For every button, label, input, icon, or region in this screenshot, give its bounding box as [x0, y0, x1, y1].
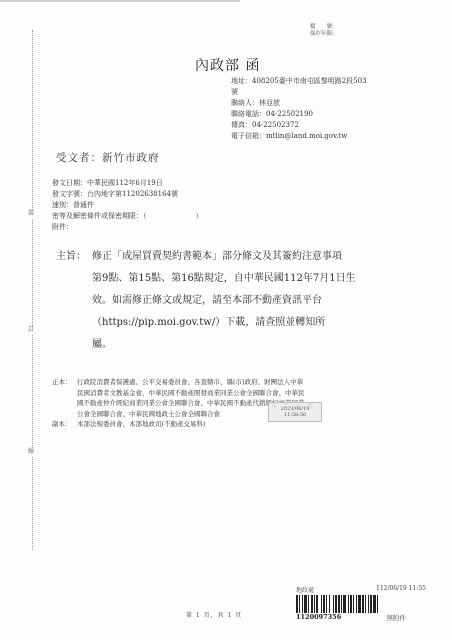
sender-contact-block: 地址：408205臺中市南屯區黎明路2段503 號 聯絡人：林亞歆 聯絡電話：0… — [231, 76, 431, 142]
address: 地址：408205臺中市南屯區黎明路2段503 — [231, 76, 431, 87]
document-number: 發文字號：台內地字第11202638164號 — [52, 189, 203, 200]
barcode-label: 地政處 112/06/19 11:55 1120097356 無附件 — [296, 585, 426, 622]
fax: 傳真：04-22502372 — [231, 120, 431, 131]
barcode-timestamp: 112/06/19 11:55 — [376, 585, 426, 594]
attachment: 附件： — [52, 222, 203, 233]
subject-line: （https://pip.moi.gov.tw/）下載，請查照並轉知所 — [92, 312, 386, 334]
original-copy-label: 正本： — [52, 377, 72, 388]
contact-phone: 聯絡電話：04-22502190 — [231, 109, 431, 120]
subject-label: 主旨： — [56, 246, 86, 268]
original-copy-line: 行政院消費者保護處、公平交易委員會、各直轄市、縣(市)政府、財團法人中華 — [77, 377, 432, 388]
document-meta: 發文日期：中華民國112年6月19日 發文字號：台內地字第11202638164… — [52, 178, 203, 233]
binding-dotted-line — [32, 30, 33, 550]
subject-line: 修正「成屋買賣契約書範本」部分條文及其簽約注意事項 — [92, 246, 386, 268]
delivery-speed: 速別：普通件 — [52, 200, 203, 211]
binding-mark-ding: 訂 — [28, 326, 34, 334]
binding-mark-xian: 線 — [28, 448, 34, 456]
file-number-label: 檔 號: — [310, 24, 334, 31]
address-continued: 號 — [231, 87, 431, 98]
barcode-office: 地政處 — [296, 585, 314, 594]
distribution-section: 正本： 行政院消費者保護處、公平交易委員會、各直轄市、縣(市)政府、財團法人中華… — [52, 377, 432, 430]
subject-body: 修正「成屋買賣契約書範本」部分條文及其簽約注意事項 第9點、第15點、第16點規… — [92, 246, 386, 356]
stamp-time: 11:58:56 — [269, 412, 321, 418]
carbon-copy: 副本： 本部法規委員會、本部地政司(不動產交易科) — [52, 419, 432, 430]
subject-line: 屬。 — [92, 334, 386, 356]
subject-line: 效。如需修正條文或規定，請至本部不動產資訊平台 — [92, 290, 386, 312]
recipient: 受文者：新竹市政府 — [56, 150, 160, 165]
document-title: 內政部 函 — [195, 55, 260, 75]
scan-edge — [0, 0, 240, 2]
contact-person: 聯絡人：林亞歆 — [231, 98, 431, 109]
page-number: 第 1 頁，共 1 頁 — [186, 610, 242, 619]
subject-section: 主旨： 修正「成屋買賣契約書範本」部分條文及其簽約注意事項 第9點、第15點、第… — [56, 246, 386, 356]
email: 電子信箱：mtlin@land.moi.gov.tw — [231, 131, 431, 142]
retention-period-label: 保存年限: — [310, 31, 334, 38]
barcode-bars — [296, 595, 426, 613]
original-copy-line: 國不動產仲介經紀商業同業公會全國聯合會、中華民國不動產代銷經紀商業同業 — [77, 398, 432, 409]
original-copy-line: 公會全國聯合會、中華民國地政士公會全國聯合會 — [77, 409, 432, 420]
issue-date: 發文日期：中華民國112年6月19日 — [52, 178, 203, 189]
original-copy-line: 民國消費者文教基金會、中華民國不動產開發商業同業公會全國聯合會、中華民 — [77, 388, 432, 399]
carbon-copy-label: 副本： — [52, 419, 72, 430]
binding-mark-zhuang: 裝 — [28, 210, 34, 218]
barcode-note: 無附件 — [387, 613, 407, 622]
filing-info: 檔 號: 保存年限: — [310, 24, 334, 38]
classification: 密等及解密條件或保密期限：（ ） — [52, 211, 203, 222]
exchange-stamp: 電子交換 2023/06/19 11:58:56 — [268, 402, 322, 422]
carbon-copy-text: 本部法規委員會、本部地政司(不動產交易科) — [77, 419, 432, 430]
subject-line: 第9點、第15點、第16點規定，自中華民國112年7月1日生 — [92, 268, 386, 290]
original-copy: 正本： 行政院消費者保護處、公平交易委員會、各直轄市、縣(市)政府、財團法人中華… — [52, 377, 432, 419]
barcode-number: 1120097356 — [296, 613, 341, 622]
